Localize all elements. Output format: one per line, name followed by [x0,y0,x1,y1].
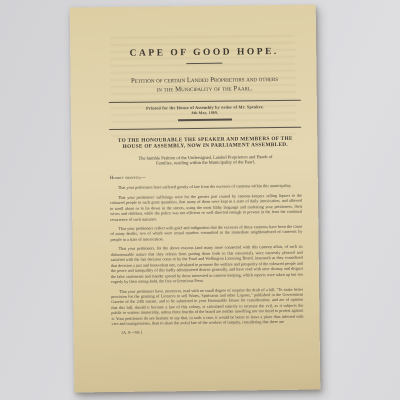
document-title: CAPE OF GOOD HOPE. [108,47,300,59]
salutation: The humble Petition of the Undersigned, … [109,153,301,167]
paragraph-2: That your petitioners' sufferings were f… [110,192,302,222]
paragraph-5: That your petitioners have, moreover, re… [111,286,303,327]
photo-background: CAPE OF GOOD HOPE. Petition of certain L… [0,0,400,400]
address-line-2: HOUSE OF ASSEMBLY, NOW IN PARLIAMENT ASS… [109,142,301,151]
address-heading: TO THE HONOURABLE THE SPEAKER AND MEMBER… [109,135,301,151]
imprint: Printed for the House of Assembly by ord… [109,104,301,117]
imprint-date: 8th May, 1869. [109,109,301,117]
imprint-top-rule [109,100,301,103]
document-content: CAPE OF GOOD HOPE. Petition of certain L… [108,47,303,335]
paragraph-1: That your petitioners have suffered grea… [110,183,302,191]
imprint-short-rule [178,119,232,121]
paragraph-3: That your petitioners reflect with grief… [110,224,302,243]
document-page: CAPE OF GOOD HOPE. Petition of certain L… [70,5,321,393]
document-subtitle: Petition of certain Landed Proprietors a… [109,76,301,95]
footer-reference: [A. 9—'69.] [122,327,304,334]
showeth-label: Humbly showeth,— [110,174,302,181]
imprint-bottom-rule [109,126,301,129]
title-rule [186,63,222,64]
paragraph-4: That your petitioners, for the above rea… [111,244,303,285]
